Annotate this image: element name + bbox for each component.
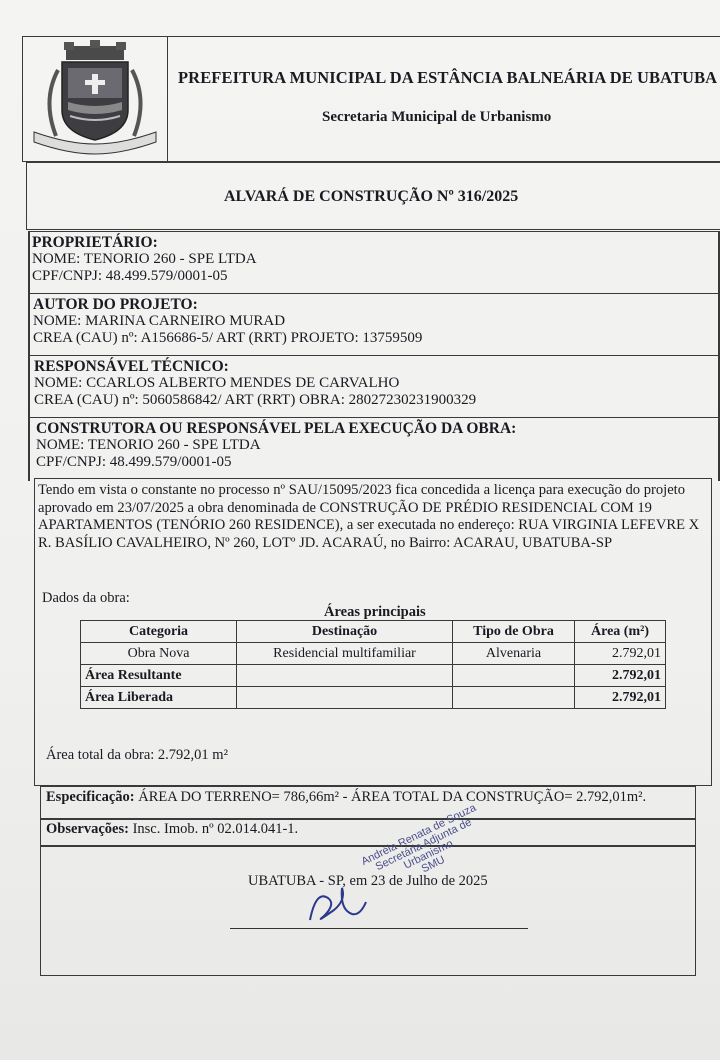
specification-label: Especificação: xyxy=(46,789,135,805)
table-cell xyxy=(453,665,575,687)
divider xyxy=(40,845,696,847)
areas-title: Áreas principais xyxy=(324,604,426,621)
column-header: Tipo de Obra xyxy=(453,621,575,643)
table-cell: 2.792,01 xyxy=(575,643,666,665)
section-heading: AUTOR DO PROJETO: xyxy=(33,296,720,313)
areas-table: Categoria Destinação Tipo de Obra Área (… xyxy=(80,620,666,709)
table-row: Área Liberada 2.792,01 xyxy=(81,687,666,709)
license-paragraph: Tendo em vista o constante no processo n… xyxy=(38,482,704,552)
section-proprietario: PROPRIETÁRIO: NOME: TENORIO 260 - SPE LT… xyxy=(28,231,720,293)
specification: Especificação: ÁREA DO TERRENO= 786,66m²… xyxy=(46,789,646,806)
table-cell: Obra Nova xyxy=(81,643,237,665)
table-cell: 2.792,01 xyxy=(575,665,666,687)
section-heading: PROPRIETÁRIO: xyxy=(32,234,720,251)
table-cell xyxy=(237,665,453,687)
owner-name: NOME: TENORIO 260 - SPE LTDA xyxy=(32,251,720,268)
signature-line xyxy=(230,928,528,929)
section-construtora: CONSTRUTORA OU RESPONSÁVEL PELA EXECUÇÃO… xyxy=(28,417,720,479)
table-row: Área Resultante 2.792,01 xyxy=(81,665,666,687)
section-responsavel: RESPONSÁVEL TÉCNICO: NOME: CCARLOS ALBER… xyxy=(28,355,720,417)
section-heading: RESPONSÁVEL TÉCNICO: xyxy=(34,358,720,375)
crest-cell xyxy=(22,36,168,162)
section-autor: AUTOR DO PROJETO: NOME: MARINA CARNEIRO … xyxy=(28,293,720,355)
owner-document: CPF/CNPJ: 48.499.579/0001-05 xyxy=(32,268,720,285)
table-cell: Área Liberada xyxy=(81,687,237,709)
author-registration: CREA (CAU) nº: A156686-5/ ART (RRT) PROJ… xyxy=(33,330,720,347)
table-cell: 2.792,01 xyxy=(575,687,666,709)
section-heading: CONSTRUTORA OU RESPONSÁVEL PELA EXECUÇÃO… xyxy=(36,420,720,437)
author-name: NOME: MARINA CARNEIRO MURAD xyxy=(33,313,720,330)
signature-icon xyxy=(306,880,376,926)
municipality-title: PREFEITURA MUNICIPAL DA ESTÂNCIA BALNEÁR… xyxy=(178,68,717,88)
table-cell: Alvenaria xyxy=(453,643,575,665)
document-title: ALVARÁ DE CONSTRUÇÃO Nº 316/2025 xyxy=(224,188,518,206)
table-cell: Área Resultante xyxy=(81,665,237,687)
table-cell: Residencial multifamiliar xyxy=(237,643,453,665)
observations: Observações: Insc. Imob. nº 02.014.041-1… xyxy=(46,821,298,838)
table-cell xyxy=(237,687,453,709)
area-total: Área total da obra: 2.792,01 m² xyxy=(46,747,228,764)
builder-name: NOME: TENORIO 260 - SPE LTDA xyxy=(36,437,720,454)
column-header: Destinação xyxy=(237,621,453,643)
divider xyxy=(40,818,696,820)
table-row: Obra Nova Residencial multifamiliar Alve… xyxy=(81,643,666,665)
technician-name: NOME: CCARLOS ALBERTO MENDES DE CARVALHO xyxy=(34,375,720,392)
builder-document: CPF/CNPJ: 48.499.579/0001-05 xyxy=(36,454,720,471)
table-cell xyxy=(453,687,575,709)
column-header: Categoria xyxy=(81,621,237,643)
observations-value: Insc. Imob. nº 02.014.041-1. xyxy=(129,821,298,837)
column-header: Área (m²) xyxy=(575,621,666,643)
dados-label: Dados da obra: xyxy=(42,590,130,607)
technician-registration: CREA (CAU) nº: 5060586842/ ART (RRT) OBR… xyxy=(34,392,720,409)
observations-label: Observações: xyxy=(46,821,129,837)
coat-of-arms-icon xyxy=(28,40,162,158)
department-name: Secretaria Municipal de Urbanismo xyxy=(322,109,551,126)
specification-value: ÁREA DO TERRENO= 786,66m² - ÁREA TOTAL D… xyxy=(135,789,647,805)
